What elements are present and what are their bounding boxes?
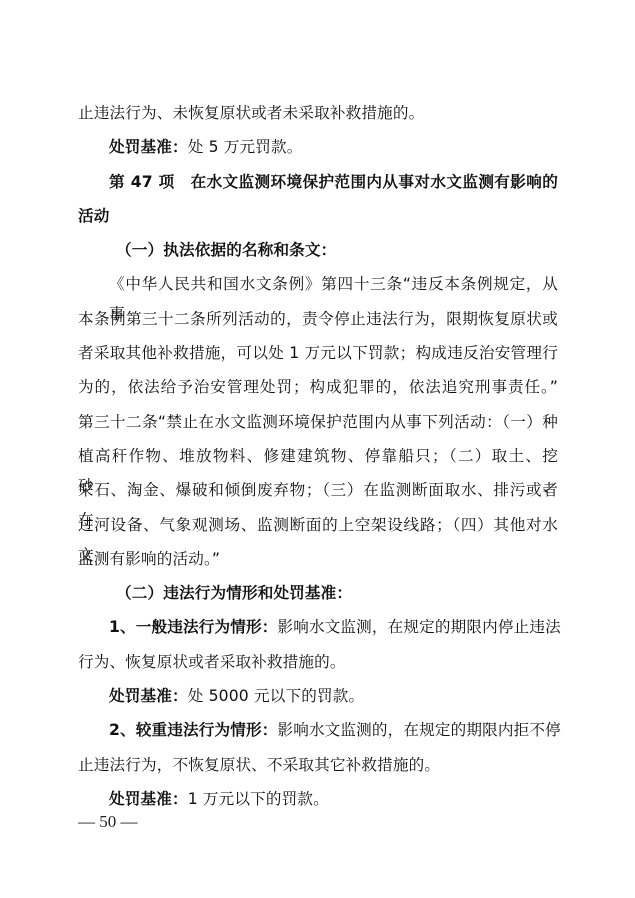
section-heading-penalty-standards: （二）违法行为情形和处罚基准： (78, 578, 558, 612)
paragraph-line: 为的，依法给予治安管理处罚；构成犯罪的，依法追究刑事责任。” (78, 372, 558, 406)
penalty-standard: 处罚基准：处 5 万元罚款。 (78, 132, 558, 166)
paragraph-line: 本条例第三十二条所列活动的，责令停止违法行为，限期恢复原状或 (78, 304, 558, 338)
paragraph-line: 《中华人民共和国水文条例》第四十三条“违反本条例规定，从事 (78, 269, 558, 303)
penalty-standard-label: 处罚基准： (109, 687, 188, 705)
violation-case-text: 影响水文监测的，在规定的期限内拒不停 (277, 721, 560, 739)
item-heading: 第 47 项 在水文监测环境保护范围内从事对水文监测有影响的 (78, 167, 558, 201)
paragraph-line: 植高秆作物、堆放物料、修建建筑物、停靠船只；（二）取土、挖砂、 (78, 441, 558, 475)
violation-case-serious: 2、较重违法行为情形：影响水文监测的，在规定的期限内拒不停 (78, 715, 558, 749)
item-heading-continued: 活动 (78, 201, 558, 235)
page-number: — 50 — (78, 812, 138, 832)
paragraph-line: 止违法行为、未恢复原状或者未采取补救措施的。 (78, 98, 558, 132)
paragraph-line: 监测有影响的活动。” (78, 544, 558, 578)
paragraph-line: 止违法行为，不恢复原状、不采取其它补救措施的。 (78, 750, 558, 784)
penalty-standard: 处罚基准：1 万元以下的罚款。 (78, 784, 558, 818)
violation-case-text: 影响水文监测，在规定的期限内停止违法 (277, 618, 560, 636)
penalty-standard: 处罚基准：处 5000 元以下的罚款。 (78, 681, 558, 715)
paragraph-line: 行为、恢复原状或者采取补救措施的。 (78, 647, 558, 681)
paragraph-line: 采石、淘金、爆破和倾倒废弃物；（三）在监测断面取水、排污或者在 (78, 475, 558, 509)
penalty-standard-value: 1 万元以下的罚款。 (188, 790, 329, 808)
penalty-standard-value: 处 5 万元罚款。 (188, 138, 303, 156)
penalty-standard-label: 处罚基准： (109, 790, 188, 808)
penalty-standard-value: 处 5000 元以下的罚款。 (188, 687, 364, 705)
document-page: 止违法行为、未恢复原状或者未采取补救措施的。 处罚基准：处 5 万元罚款。 第 … (78, 98, 558, 818)
paragraph-line: 第三十二条“禁止在水文监测环境保护范围内从事下列活动：（一）种 (78, 407, 558, 441)
paragraph-line: 者采取其他补救措施，可以处 1 万元以下罚款；构成违反治安管理行 (78, 338, 558, 372)
violation-case-label: 2、较重违法行为情形： (109, 721, 277, 739)
paragraph-line: 过河设备、气象观测场、监测断面的上空架设线路；（四）其他对水文 (78, 510, 558, 544)
penalty-standard-label: 处罚基准： (109, 138, 188, 156)
violation-case-label: 1、一般违法行为情形： (109, 618, 277, 636)
section-heading-legal-basis: （一）执法依据的名称和条文： (78, 235, 558, 269)
violation-case-general: 1、一般违法行为情形：影响水文监测，在规定的期限内停止违法 (78, 612, 558, 646)
